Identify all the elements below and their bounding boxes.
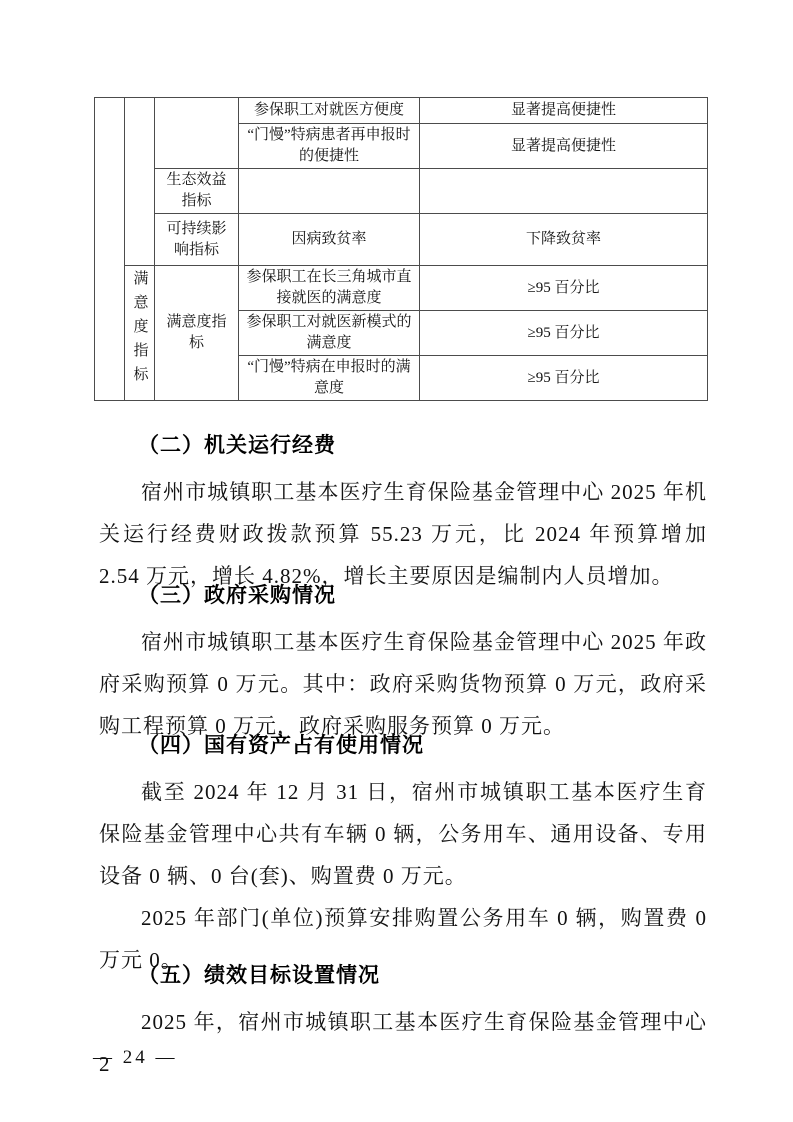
table-cell-value: ≥95 百分比 xyxy=(420,266,708,311)
section-paragraph: 2025 年，宿州市城镇职工基本医疗生育保险基金管理中心 2 xyxy=(99,1001,707,1085)
section-heading: （三）政府采购情况 xyxy=(99,583,707,609)
table-row: 生态效益指标 xyxy=(95,169,708,214)
table-cell-value xyxy=(420,169,708,214)
table-cell-indicator: 因病致贫率 xyxy=(239,214,420,266)
performance-indicators-table: 参保职工对就医方便度 显著提高便捷性 “门慢”特病患者再申报时的便捷性 显著提高… xyxy=(94,97,708,401)
section-heading: （四）国有资产占有使用情况 xyxy=(99,733,707,759)
section-paragraph: 宿州市城镇职工基本医疗生育保险基金管理中心 2025 年政府采购预算 0 万元。… xyxy=(99,621,707,747)
table-cell-value: 显著提高便捷性 xyxy=(420,98,708,124)
table-cell-value: ≥95 百分比 xyxy=(420,311,708,356)
section-paragraph: 截至 2024 年 12 月 31 日，宿州市城镇职工基本医疗生育保险基金管理中… xyxy=(99,771,707,897)
table-cell-value: 显著提高便捷性 xyxy=(420,124,708,169)
section-heading: （五）绩效目标设置情况 xyxy=(99,963,707,989)
page-number: — 24 — xyxy=(93,1047,178,1069)
table-cell-satisfaction-vertical: 满意度指标 xyxy=(125,266,155,401)
table-cell-value: ≥95 百分比 xyxy=(420,356,708,401)
table-cell-indicator: “门慢”特病在申报时的满意度 xyxy=(239,356,420,401)
section-state-assets: （四）国有资产占有使用情况 截至 2024 年 12 月 31 日，宿州市城镇职… xyxy=(99,733,707,981)
table-cell-outer-group-empty xyxy=(95,98,125,401)
table-row: 参保职工对就医方便度 显著提高便捷性 xyxy=(95,98,708,124)
table-cell-value: 下降致贫率 xyxy=(420,214,708,266)
table-cell-indicator xyxy=(239,169,420,214)
table-cell-category-eco: 生态效益指标 xyxy=(155,169,239,214)
section-heading: （二）机关运行经费 xyxy=(99,433,707,459)
section-agency-operating-expenses: （二）机关运行经费 宿州市城镇职工基本医疗生育保险基金管理中心 2025 年机关… xyxy=(99,433,707,597)
table-cell-indicator: 参保职工在长三角城市直接就医的满意度 xyxy=(239,266,420,311)
table-cell-indicator: “门慢”特病患者再申报时的便捷性 xyxy=(239,124,420,169)
section-performance-targets: （五）绩效目标设置情况 2025 年，宿州市城镇职工基本医疗生育保险基金管理中心… xyxy=(99,963,707,1085)
table-cell-group-empty xyxy=(125,98,155,266)
section-government-procurement: （三）政府采购情况 宿州市城镇职工基本医疗生育保险基金管理中心 2025 年政府… xyxy=(99,583,707,747)
table-cell-category-satisfaction: 满意度指标 xyxy=(155,266,239,401)
table-cell-category-empty xyxy=(155,98,239,169)
table-row: 满意度指标 满意度指标 参保职工在长三角城市直接就医的满意度 ≥95 百分比 xyxy=(95,266,708,311)
section-paragraph: 宿州市城镇职工基本医疗生育保险基金管理中心 2025 年机关运行经费财政拨款预算… xyxy=(99,471,707,597)
table-cell-indicator: 参保职工对就医方便度 xyxy=(239,98,420,124)
document-page: 参保职工对就医方便度 显著提高便捷性 “门慢”特病患者再申报时的便捷性 显著提高… xyxy=(0,0,793,1122)
table-cell-category-sustain: 可持续影响指标 xyxy=(155,214,239,266)
table-row: 可持续影响指标 因病致贫率 下降致贫率 xyxy=(95,214,708,266)
table-cell-indicator: 参保职工对就医新模式的满意度 xyxy=(239,311,420,356)
